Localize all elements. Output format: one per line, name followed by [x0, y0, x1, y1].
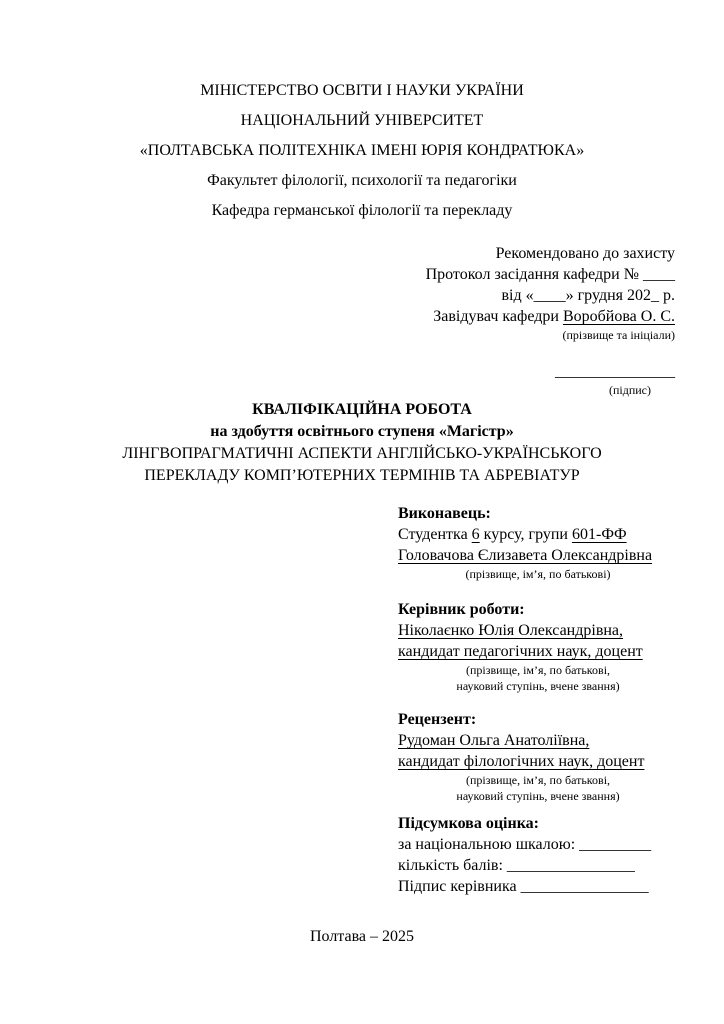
university-line: НАЦІОНАЛЬНИЙ УНІВЕРСИТЕТ [50, 106, 674, 136]
signature-caption: (підпис) [315, 382, 675, 398]
reviewer-block: Рецензент: Рудоман Ольга Анатоліївна, ка… [398, 709, 688, 804]
approval-protocol-line: Протокол засідання кафедри № ____ [315, 264, 675, 285]
executor-course-line: Студентка 6 курсу, групи 601-ФФ [398, 524, 688, 545]
supervisor-caption-2: науковий ступінь, вчене звання) [398, 678, 678, 694]
signature-gap [315, 343, 675, 361]
ministry-line: МІНІСТЕРСТВО ОСВІТИ І НАУКИ УКРАЇНИ [50, 76, 674, 106]
executor-name: Головачова Єлизавета Олександрівна [398, 545, 688, 566]
department-line: Кафедра германської філології та перекла… [50, 196, 674, 226]
supervisor-degree: кандидат педагогічних наук, доцент [398, 641, 688, 662]
executor-block: Виконавець: Студентка 6 курсу, групи 601… [398, 503, 688, 582]
supervisor-name: Ніколаєнко Юлія Олександрівна, [398, 620, 688, 641]
title-page: МІНІСТЕРСТВО ОСВІТИ І НАУКИ УКРАЇНИ НАЦІ… [0, 0, 724, 1024]
work-title-block: КВАЛІФІКАЦІЙНА РОБОТА на здобуття освітн… [40, 399, 684, 487]
work-type-title: КВАЛІФІКАЦІЙНА РОБОТА [40, 399, 684, 421]
grade-label: Підсумкова оцінка: [398, 813, 688, 834]
approval-block: Рекомендовано до захисту Протокол засіда… [315, 243, 675, 398]
faculty-line: Факультет філології, психології та педаг… [50, 166, 674, 196]
thesis-title-line-1: ЛІНГВОПРАГМАТИЧНІ АСПЕКТИ АНГЛІЙСЬКО-УКР… [40, 443, 684, 465]
approval-name-caption: (прізвище та ініціали) [315, 327, 675, 343]
executor-group-number: 601-ФФ [572, 526, 627, 543]
grade-national-scale-line: за національною шкалою: _________ [398, 834, 688, 855]
degree-subtitle: на здобуття освітнього ступеня «Магістр» [40, 421, 684, 443]
executor-student-text: Студентка [398, 526, 472, 543]
executor-course-number: 6 [472, 526, 480, 543]
approval-date-line: від «____» грудня 202_ р. [315, 285, 675, 306]
executor-group-text: курсу, групи [480, 526, 572, 543]
grade-supervisor-signature-line: Підпис керівника ________________ [398, 876, 688, 897]
thesis-title-line-2: ПЕРЕКЛАДУ КОМП’ЮТЕРНИХ ТЕРМІНІВ ТА АБРЕВ… [40, 465, 684, 487]
approval-recommended-line: Рекомендовано до захисту [315, 243, 675, 264]
city-year-footer: Полтава – 2025 [0, 928, 724, 946]
supervisor-caption-1: (прізвище, ім’я, по батькові, [398, 662, 678, 678]
signature-line: _______________ [315, 361, 675, 382]
grade-points-line: кількість балів: ________________ [398, 855, 688, 876]
reviewer-name: Рудоман Ольга Анатоліївна, [398, 730, 688, 751]
reviewer-degree: кандидат філологічних наук, доцент [398, 751, 688, 772]
supervisor-block: Керівник роботи: Ніколаєнко Юлія Олексан… [398, 599, 688, 694]
executor-caption: (прізвище, ім’я, по батькові) [398, 566, 678, 582]
reviewer-caption-2: науковий ступінь, вчене звання) [398, 788, 678, 804]
approval-head-name: Воробйова О. С. [563, 308, 675, 325]
university-header: МІНІСТЕРСТВО ОСВІТИ І НАУКИ УКРАЇНИ НАЦІ… [50, 76, 674, 226]
grade-block: Підсумкова оцінка: за національною шкало… [398, 813, 688, 897]
approval-head-label: Завідувач кафедри [433, 308, 563, 325]
executor-label: Виконавець: [398, 503, 688, 524]
supervisor-label: Керівник роботи: [398, 599, 688, 620]
reviewer-label: Рецензент: [398, 709, 688, 730]
approval-head-line: Завідувач кафедри Воробйова О. С. [315, 306, 675, 327]
university-name-line: «ПОЛТАВСЬКА ПОЛІТЕХНІКА ІМЕНІ ЮРІЯ КОНДР… [50, 136, 674, 166]
reviewer-caption-1: (прізвище, ім’я, по батькові, [398, 772, 678, 788]
